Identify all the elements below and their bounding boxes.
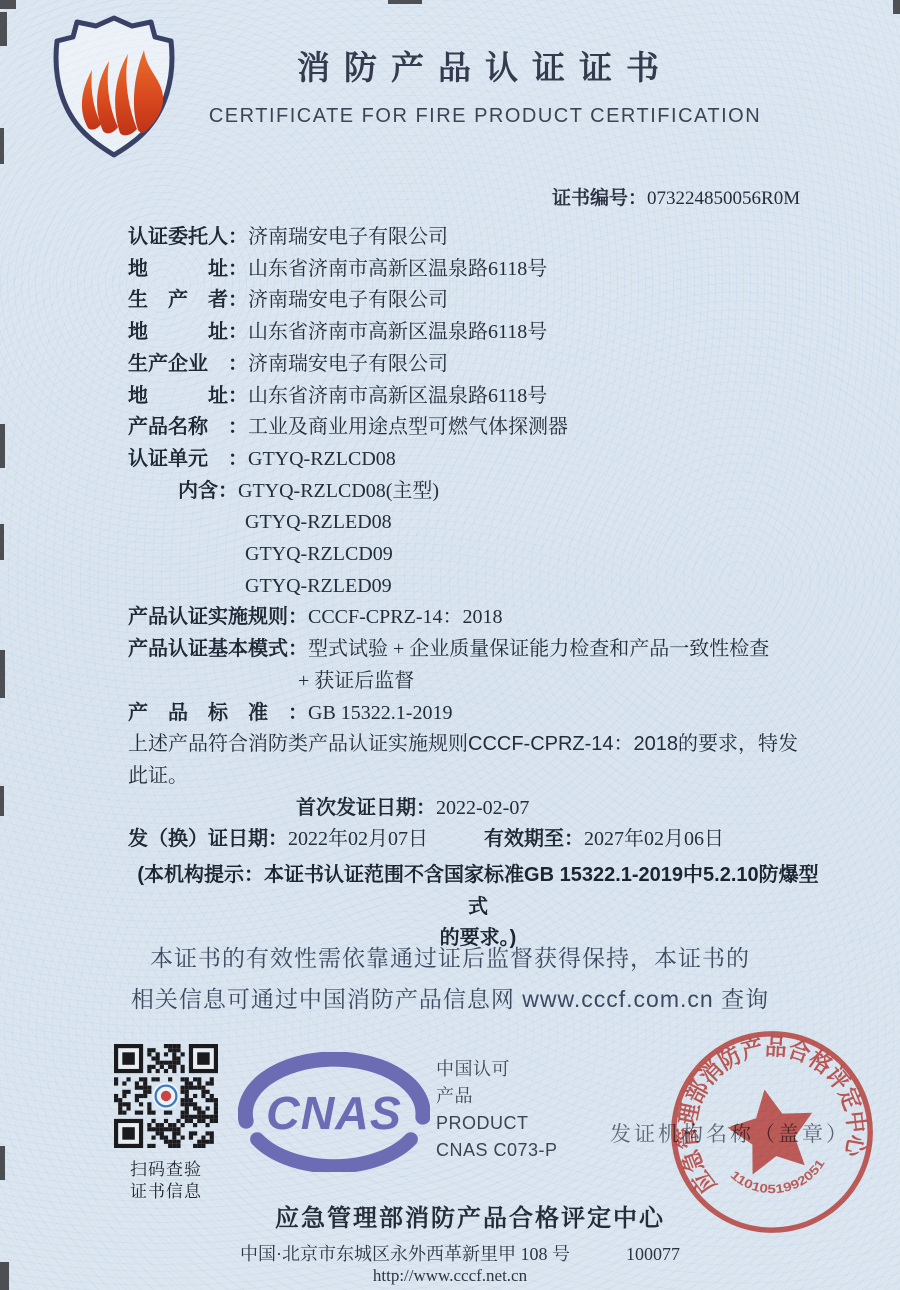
postcode-text: 100077 — [626, 1244, 680, 1264]
scan-artifact — [0, 424, 5, 468]
scan-artifact — [388, 0, 422, 4]
issue-row: 发（换）证日期：2022年02月07日有效期至：2027年02月06日 — [128, 824, 828, 856]
included-model: GTYQ-RZLCD09 — [245, 543, 393, 565]
field-row: 产品认证实施规则：CCCF-CPRZ-14：2018 — [128, 602, 828, 634]
included-model: GTYQ-RZLED09 — [245, 575, 392, 597]
field-value: + 获证后监督 — [298, 670, 414, 692]
certificate-number-value: 073224850056R0M — [647, 188, 800, 209]
scan-artifact — [893, 0, 900, 14]
address-text: 中国·北京市东城区永外西革新里甲 108 号 — [240, 1244, 570, 1264]
field-continuation: + 获证后监督 — [128, 666, 828, 698]
field-row: 产品名称 ：工业及商业用途点型可燃气体探测器 — [128, 412, 828, 444]
field-value: 山东省济南市高新区温泉路6118号 — [248, 321, 547, 343]
field-row: 地 址：山东省济南市高新区温泉路6118号 — [128, 317, 828, 349]
cnas-logo: CNAS — [238, 1052, 430, 1172]
qr-block: 扫码查验 证书信息 — [108, 1044, 224, 1203]
field-label: 产品认证基本模式： — [128, 638, 308, 660]
issuing-organization: 应急管理部消防产品合格评定中心 — [0, 1198, 900, 1233]
field-row: 产 品 标 准 ：GB 15322.1-2019 — [128, 698, 828, 730]
valid-until-label: 有效期至： — [484, 828, 584, 850]
qr-code-icon — [114, 1044, 218, 1148]
field-label: 地 址： — [128, 321, 248, 343]
scan-artifact — [0, 650, 5, 698]
included-row: GTYQ-RZLCD09 — [128, 539, 828, 571]
cnas-text-line: CNAS C073-P — [436, 1137, 558, 1164]
agency-note-line: (本机构提示：本证书认证范围不含国家标准GB 15322.1-2019中5.2.… — [128, 860, 828, 923]
scan-artifact — [0, 1146, 5, 1180]
cnas-text-line: 中国认可 — [436, 1056, 558, 1083]
included-row: GTYQ-RZLED09 — [128, 571, 828, 603]
footer-address: 中国·北京市东城区永外西革新里甲 108 号100077 — [0, 1240, 900, 1266]
cnas-text-line: 产品 — [436, 1083, 558, 1110]
field-label: 产 品 标 准 ： — [128, 702, 308, 724]
first-issue-row: 首次发证日期：2022-02-07 — [128, 793, 828, 825]
qr-caption-line: 扫码查验 — [108, 1159, 224, 1181]
field-value: 济南瑞安电子有限公司 — [248, 289, 448, 311]
field-value: 工业及商业用途点型可燃气体探测器 — [248, 416, 568, 438]
field-label: 生产企业 ： — [128, 353, 248, 375]
field-row: 地 址：山东省济南市高新区温泉路6118号 — [128, 254, 828, 286]
scan-artifact — [0, 12, 7, 46]
cnas-accreditation-text: 中国认可 产品 PRODUCT CNAS C073-P — [436, 1056, 558, 1164]
field-value: CCCF-CPRZ-14：2018 — [308, 606, 502, 628]
included-row: GTYQ-RZLED08 — [128, 507, 828, 539]
included-row: 内含：GTYQ-RZLCD08(主型) — [128, 476, 828, 508]
field-value: 型式试验 + 企业质量保证能力检查和产品一致性检查 — [308, 638, 769, 660]
scan-artifact — [0, 128, 4, 164]
included-label: 内含： — [178, 480, 238, 502]
scan-artifact — [0, 786, 4, 816]
field-label: 认证单元 ： — [128, 448, 248, 470]
field-value: 济南瑞安电子有限公司 — [248, 226, 448, 248]
stamp-star-icon — [722, 1082, 821, 1177]
certificate-number: 证书编号：073224850056R0M — [552, 183, 800, 210]
stamp-serial-number: 1101051992051 — [726, 1152, 831, 1204]
svg-text:1101051992051: 1101051992051 — [726, 1152, 831, 1204]
header: 消防产品认证证书 CERTIFICATE FOR FIRE PRODUCT CE… — [130, 42, 840, 128]
field-label: 首次发证日期： — [296, 797, 436, 819]
certificate-page: 消防产品认证证书 CERTIFICATE FOR FIRE PRODUCT CE… — [0, 0, 900, 1290]
scan-artifact — [0, 0, 16, 9]
cnas-logo-icon: CNAS — [238, 1052, 430, 1172]
field-value: GTYQ-RZLCD08 — [248, 448, 396, 470]
issue-date-value: 2022年02月07日 — [288, 828, 428, 850]
field-row: 产品认证基本模式：型式试验 + 企业质量保证能力检查和产品一致性检查 — [128, 634, 828, 666]
field-value: GB 15322.1-2019 — [308, 702, 452, 724]
field-label: 地 址： — [128, 385, 248, 407]
certificate-number-label: 证书编号： — [552, 188, 647, 209]
field-value: 山东省济南市高新区温泉路6118号 — [248, 385, 547, 407]
cnas-text-line: PRODUCT — [436, 1110, 558, 1137]
certificate-title: 消防产品认证证书 — [130, 42, 840, 89]
field-row: 认证单元 ：GTYQ-RZLCD08 — [128, 444, 828, 476]
issue-date-label: 发（换）证日期： — [128, 828, 288, 850]
field-row: 生 产 者：济南瑞安电子有限公司 — [128, 285, 828, 317]
field-label: 产品名称 ： — [128, 416, 248, 438]
field-value: 山东省济南市高新区温泉路6118号 — [248, 258, 547, 280]
included-model: GTYQ-RZLCD08(主型) — [238, 480, 439, 502]
scan-artifact — [0, 524, 4, 560]
qr-caption: 扫码查验 证书信息 — [108, 1159, 224, 1203]
included-model: GTYQ-RZLED08 — [245, 511, 392, 533]
field-label: 地 址： — [128, 258, 248, 280]
statement-line: 此证。 — [128, 761, 828, 793]
field-label: 产品认证实施规则： — [128, 606, 308, 628]
valid-until-value: 2027年02月06日 — [584, 828, 724, 850]
certificate-body: 认证委托人：济南瑞安电子有限公司 地 址：山东省济南市高新区温泉路6118号 生… — [128, 222, 828, 955]
field-value: 济南瑞安电子有限公司 — [248, 353, 448, 375]
validity-line: 本证书的有效性需依靠通过证后监督获得保持，本证书的 — [0, 938, 900, 979]
field-row: 认证委托人：济南瑞安电子有限公司 — [128, 222, 828, 254]
field-label: 生 产 者： — [128, 289, 248, 311]
statement-line: 上述产品符合消防类产品认证实施规则CCCF-CPRZ-14：2018的要求，特发 — [128, 729, 828, 761]
footer-url: http://www.cccf.net.cn — [0, 1266, 900, 1286]
field-label: 认证委托人： — [128, 226, 248, 248]
field-value: 2022-02-07 — [436, 797, 529, 819]
certificate-subtitle: CERTIFICATE FOR FIRE PRODUCT CERTIFICATI… — [130, 105, 840, 128]
cnas-logo-text: CNAS — [266, 1087, 402, 1139]
validity-line: 相关信息可通过中国消防产品信息网 www.cccf.com.cn 查询 — [0, 979, 900, 1020]
field-row: 生产企业 ：济南瑞安电子有限公司 — [128, 349, 828, 381]
validity-paragraph: 本证书的有效性需依靠通过证后监督获得保持，本证书的 相关信息可通过中国消防产品信… — [0, 938, 900, 1020]
field-row: 地 址：山东省济南市高新区温泉路6118号 — [128, 381, 828, 413]
